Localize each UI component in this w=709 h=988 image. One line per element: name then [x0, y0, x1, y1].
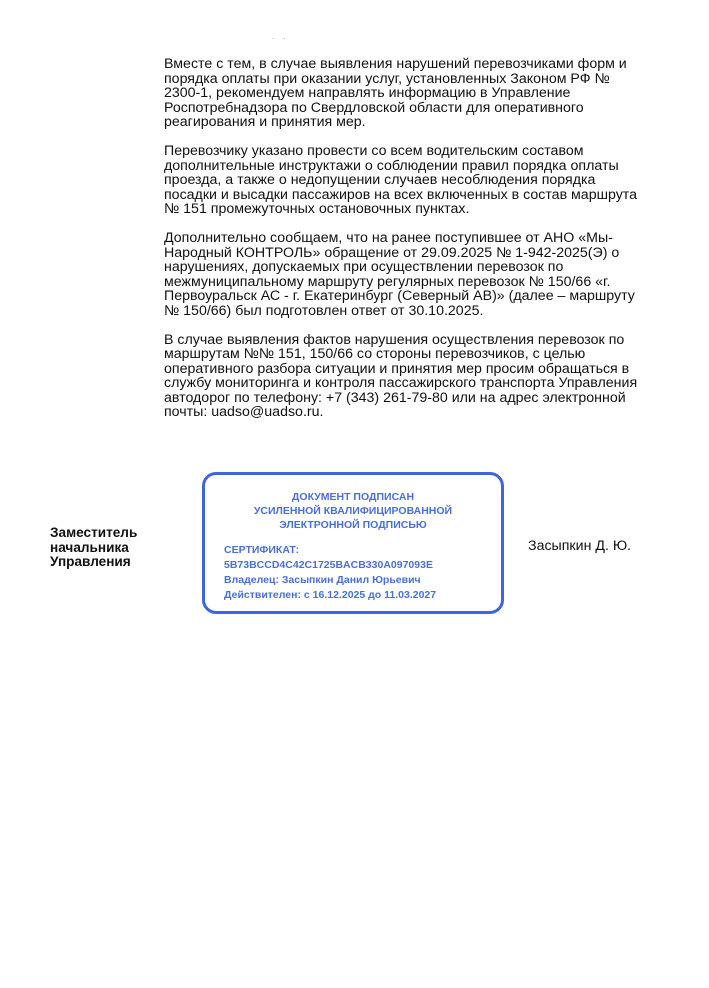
electronic-signature-stamp: ДОКУМЕНТ ПОДПИСАН УСИЛЕННОЙ КВАЛИФИЦИРОВ… [202, 472, 504, 614]
signer-position-title: Заместитель начальника Управления [50, 526, 137, 570]
signer-name: Засыпкин Д. Ю. [528, 538, 631, 554]
letter-body: Вместе с тем, в случае выявления нарушен… [164, 57, 664, 434]
certificate-validity: Действителен: с 16.12.2025 до 11.03.2027 [224, 588, 501, 603]
paragraph-previous-appeal: Дополнительно сообщаем, что на ранее пос… [164, 231, 664, 318]
paragraph-driver-instruction: Перевозчику указано провести со всем вод… [164, 144, 664, 217]
certificate-owner: Владелец: Засыпкин Данил Юрьевич [224, 573, 501, 588]
certificate-number: 5B73BCCD4C42C1725BACB330A097093E [224, 558, 501, 573]
certificate-label: СЕРТИФИКАТ: [224, 543, 501, 558]
stamp-details: СЕРТИФИКАТ: 5B73BCCD4C42C1725BACB330A097… [224, 543, 501, 603]
paragraph-rospotrebnadzor: Вместе с тем, в случае выявления нарушен… [164, 57, 664, 130]
clipped-text-artifact: · · [272, 36, 290, 42]
paragraph-contact-info: В случае выявления фактов нарушения осущ… [164, 333, 664, 420]
stamp-heading: ДОКУМЕНТ ПОДПИСАН УСИЛЕННОЙ КВАЛИФИЦИРОВ… [205, 490, 501, 532]
